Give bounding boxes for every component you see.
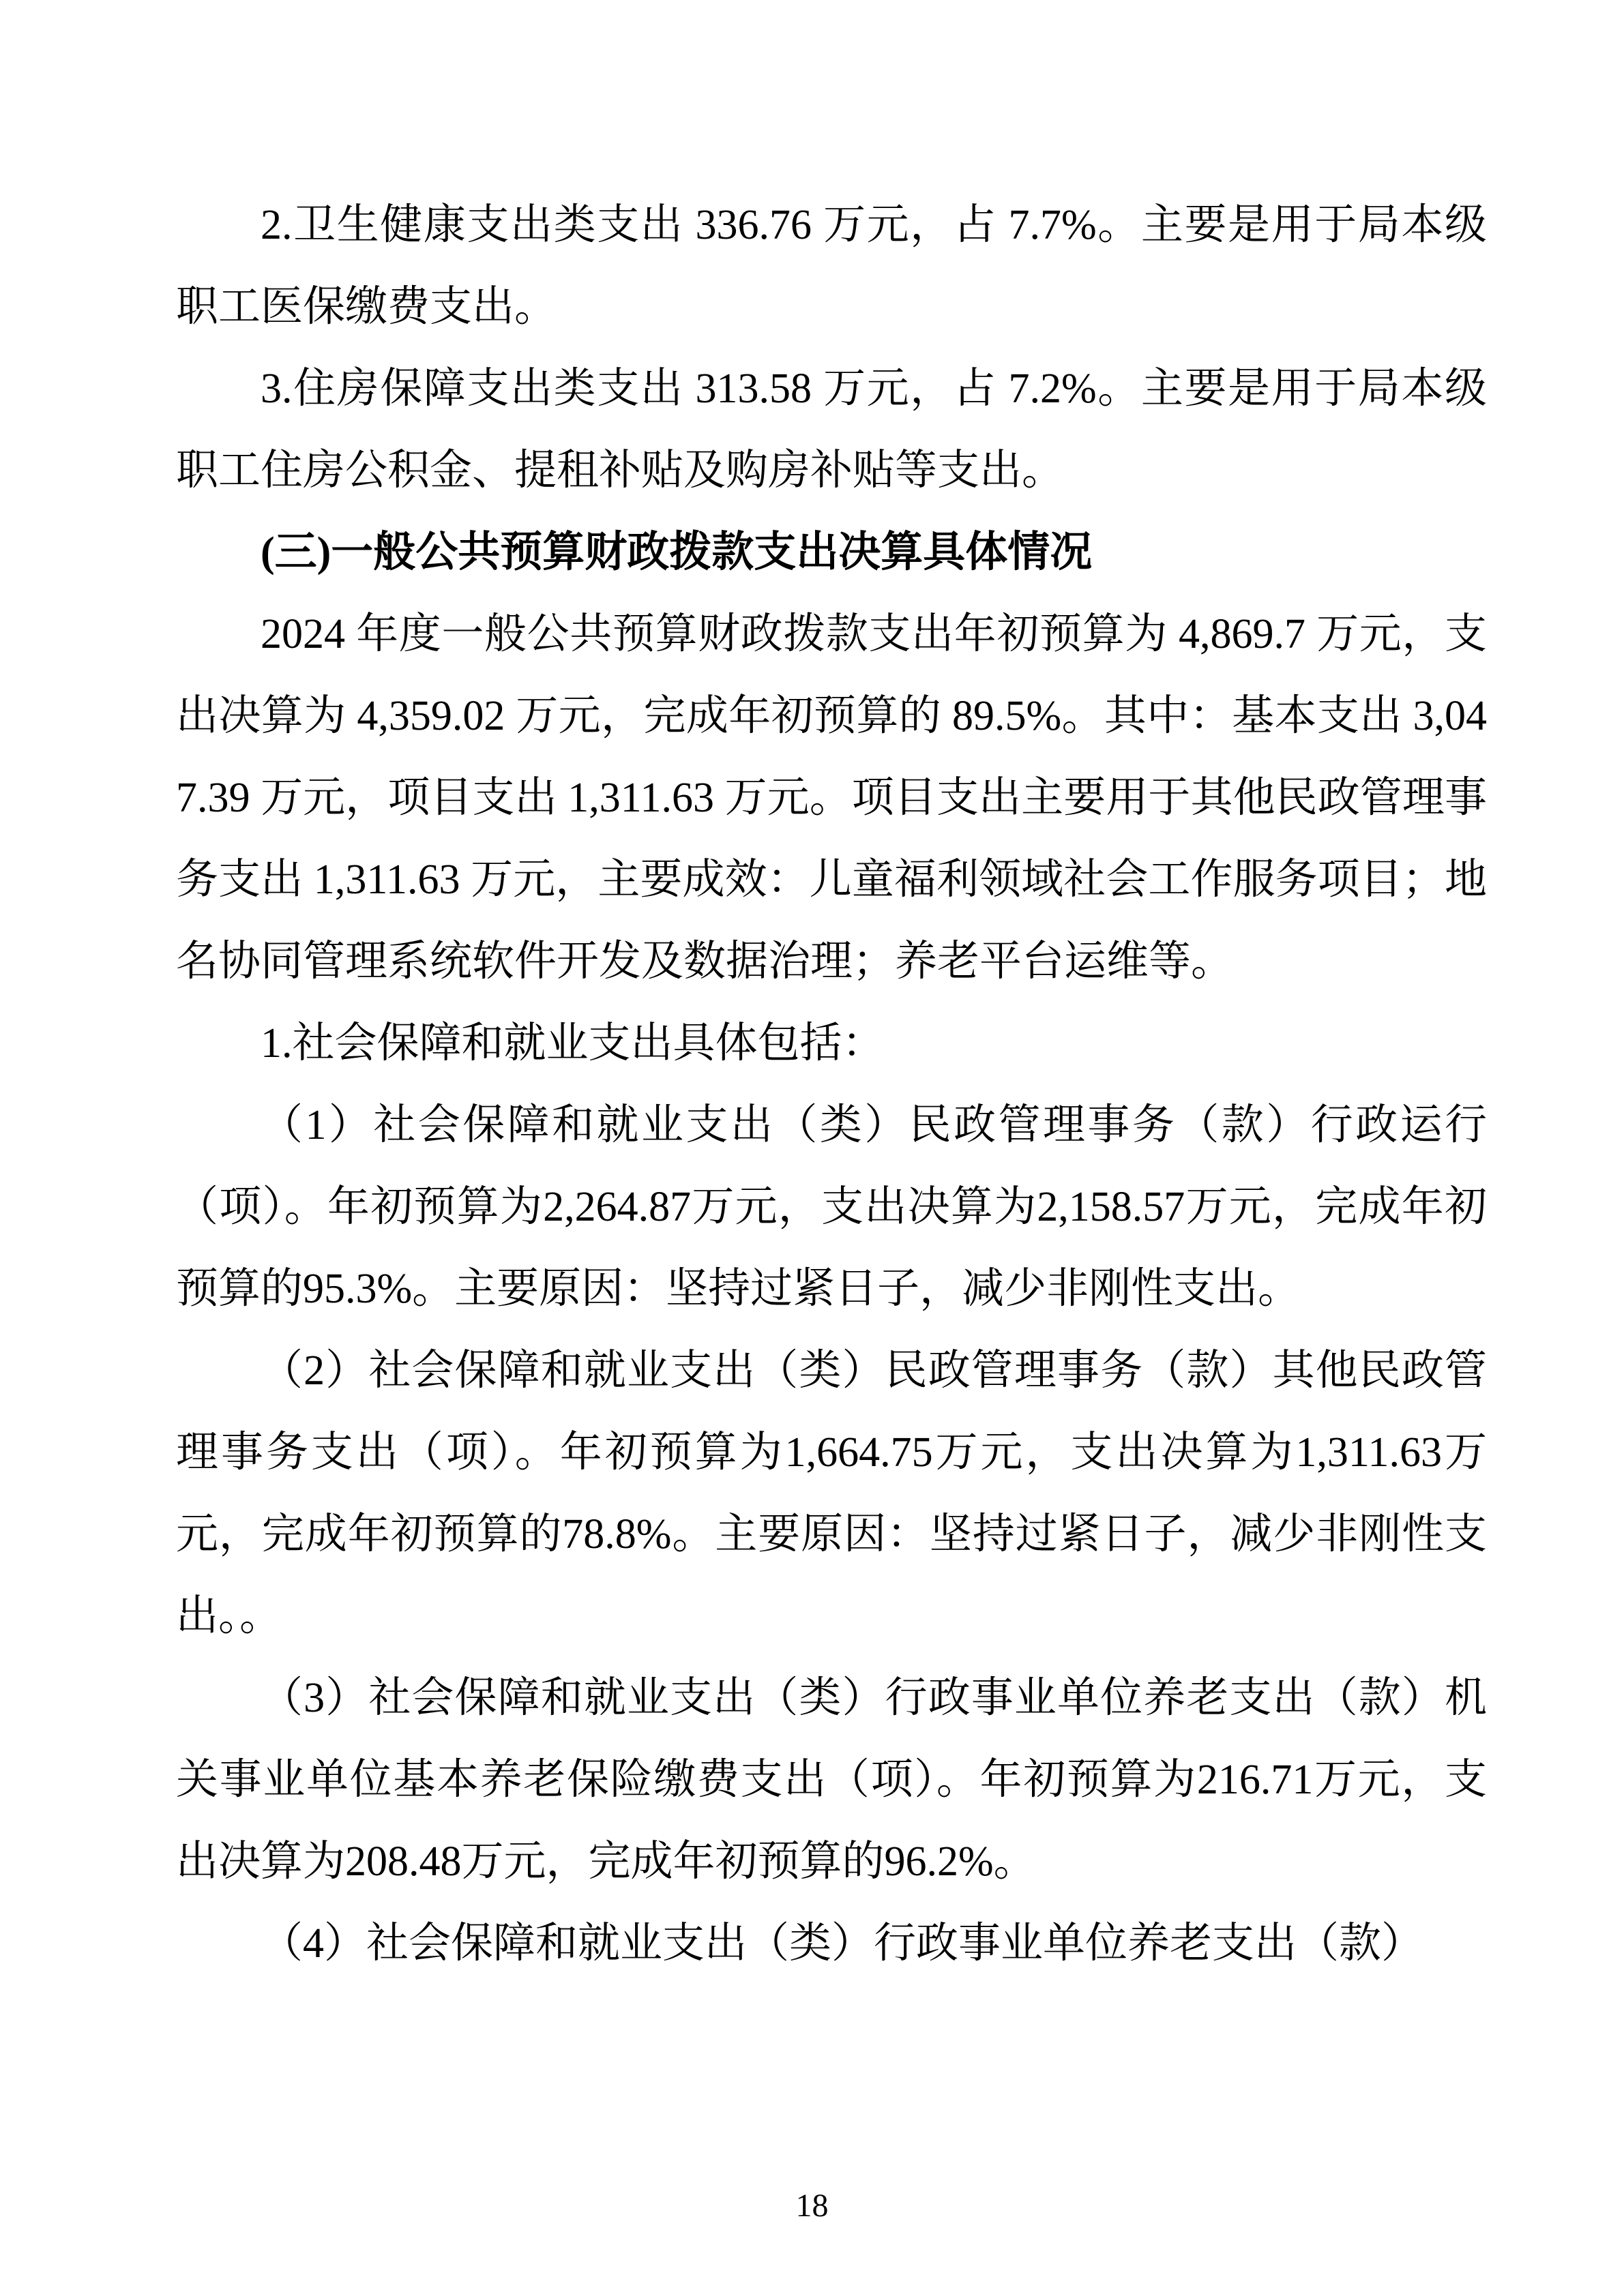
paragraph: （3）社会保障和就业支出（类）行政事业单位养老支出（款）机关事业单位基本养老保险…: [176, 1657, 1487, 1903]
paragraph: （4）社会保障和就业支出（类）行政事业单位养老支出（款）: [176, 1903, 1487, 1984]
paragraph: （2）社会保障和就业支出（类）民政管理事务（款）其他民政管理事务支出（项）。年初…: [176, 1330, 1487, 1657]
paragraph: 3.住房保障支出类支出 313.58 万元，占 7.2%。主要是用于局本级职工住…: [176, 348, 1487, 511]
paragraph: 1.社会保障和就业支出具体包括：: [176, 1002, 1487, 1084]
document-body: 2.卫生健康支出类支出 336.76 万元，占 7.7%。主要是用于局本级职工医…: [176, 184, 1487, 1984]
paragraph: 2.卫生健康支出类支出 336.76 万元，占 7.7%。主要是用于局本级职工医…: [176, 184, 1487, 348]
document-page: 2.卫生健康支出类支出 336.76 万元，占 7.7%。主要是用于局本级职工医…: [0, 0, 1624, 2296]
section-heading: (三)一般公共预算财政拨款支出决算具体情况: [176, 511, 1487, 593]
paragraph: （1）社会保障和就业支出（类）民政管理事务（款）行政运行（项）。年初预算为2,2…: [176, 1084, 1487, 1330]
page-number: 18: [0, 2186, 1624, 2226]
paragraph: 2024 年度一般公共预算财政拨款支出年初预算为 4,869.7 万元，支出决算…: [176, 593, 1487, 1002]
